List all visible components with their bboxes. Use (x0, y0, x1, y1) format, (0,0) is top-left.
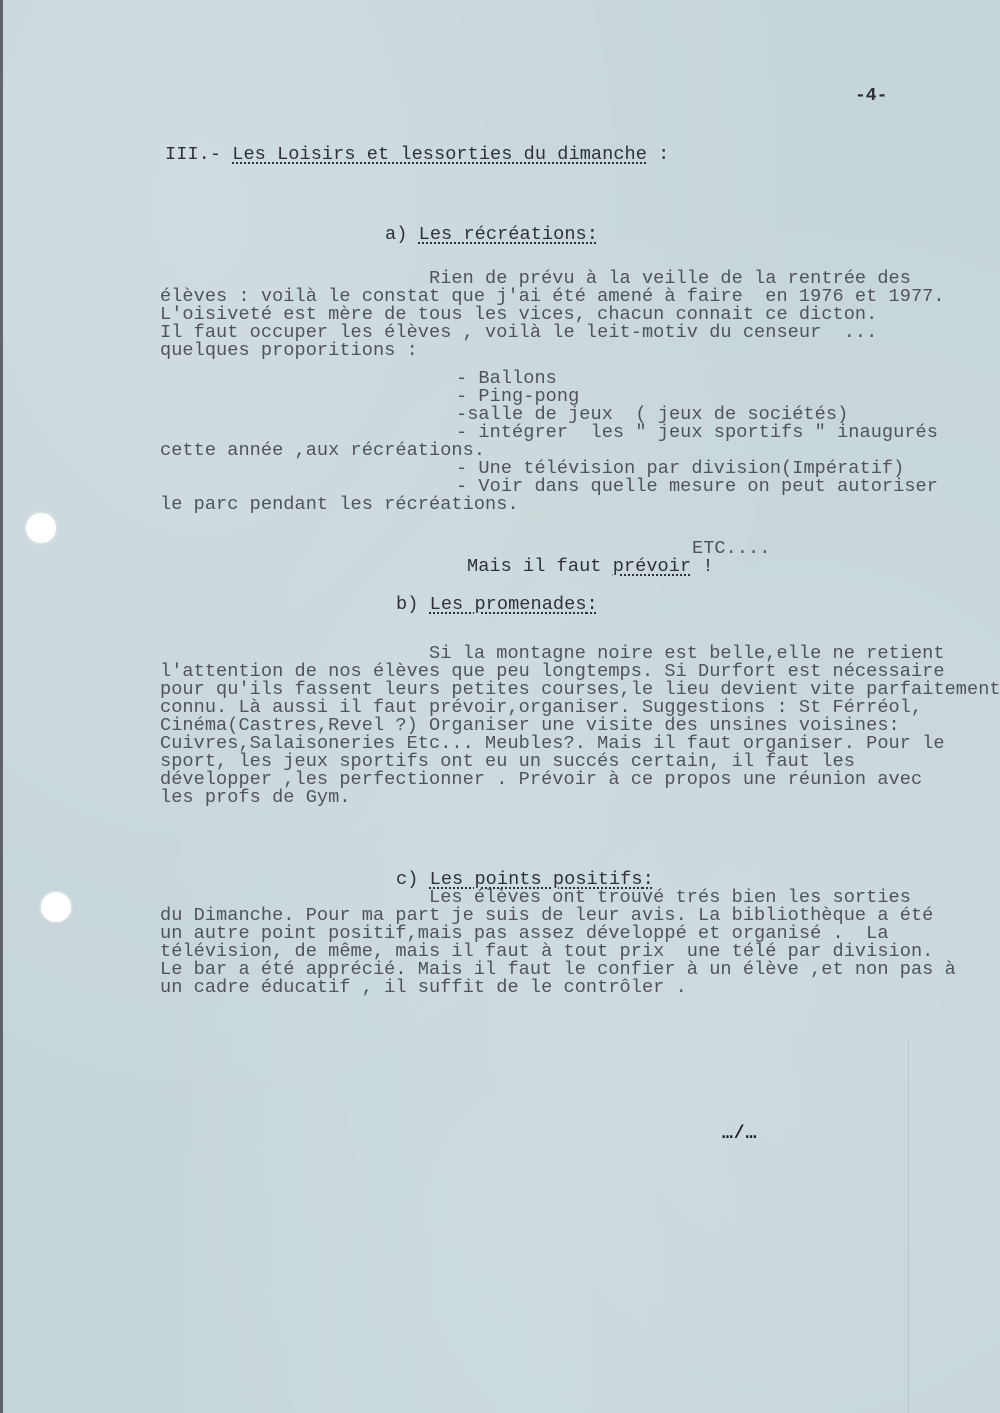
subsection-title: Les promenades: (430, 594, 598, 615)
subsection-b-heading: b) Les promenades: (396, 596, 598, 614)
continuation-mark: …/… (722, 1124, 757, 1144)
heading-title: Les Loisirs et lessorties du dimanche (232, 144, 647, 165)
subsection-label: a) (385, 224, 419, 245)
punch-hole-bottom (41, 892, 71, 922)
list-item: - Voir dans quelle mesure on peut autori… (456, 478, 938, 496)
heading-prefix: III.- (165, 144, 232, 165)
closing-remark: Mais il faut prévoir ! (467, 558, 714, 576)
text-line: quelques proporitions : (160, 342, 418, 360)
subsection-a-heading: a) Les récréations: (385, 226, 598, 244)
list-item-continuation: cette année ,aux récréations. (160, 442, 485, 460)
text-line: un cadre éducatif , il suffit de le cont… (160, 979, 687, 997)
text-line: les profs de Gym. (160, 789, 351, 807)
paper-scan-edge (0, 0, 3, 1413)
section-heading: III.- Les Loisirs et lessorties du diman… (165, 146, 669, 164)
heading-suffix: : (647, 144, 669, 165)
list-item: - intégrer les " jeux sportifs " inaugur… (456, 424, 938, 442)
page-number: -4- (855, 86, 887, 106)
subsection-label: b) (396, 594, 430, 615)
list-item-continuation: le parc pendant les récréations. (160, 496, 519, 514)
subsection-title: Les récréations: (419, 224, 598, 245)
punch-hole-top (26, 513, 56, 543)
emphasis-prevoir: prévoir (613, 556, 691, 577)
paper-crease (908, 1040, 909, 1413)
